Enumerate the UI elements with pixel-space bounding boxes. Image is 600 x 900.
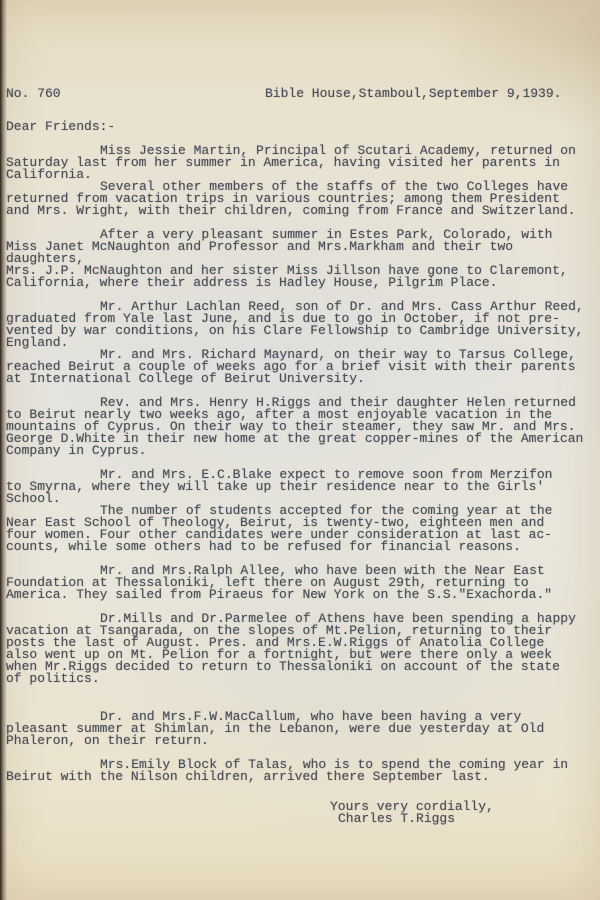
paragraph-4: Mr. Arthur Lachlan Reed, son of Dr. and … xyxy=(6,301,597,349)
letter-body: No. 760 Bible House,Stamboul,September 9… xyxy=(6,88,597,825)
scanned-letter-page: No. 760 Bible House,Stamboul,September 9… xyxy=(0,0,600,900)
paragraph-10: Dr.Mills and Dr.Parmelee of Athens have … xyxy=(6,613,597,685)
paragraph-2: Several other members of the staffs of t… xyxy=(6,181,597,217)
paragraph-1: Miss Jessie Martin, Principal of Scutari… xyxy=(6,145,597,181)
paragraph-11: Dr. and Mrs.F.W.MacCallum, who have been… xyxy=(6,711,597,747)
paragraph-9: Mr. and Mrs.Ralph Allee, who have been w… xyxy=(6,565,597,601)
paragraph-7: Mr. and Mrs. E.C.Blake expect to remove … xyxy=(6,469,597,505)
paragraph-12: Mrs.Emily Block of Talas, who is to spen… xyxy=(6,759,597,783)
paragraph-8: The number of students accepted for the … xyxy=(6,505,597,553)
header-line: No. 760 Bible House,Stamboul,September 9… xyxy=(6,88,597,100)
closing-block: Yours very cordially, Charles T.Riggs xyxy=(6,801,597,825)
dateline: Bible House,Stamboul,September 9,1939. xyxy=(265,88,561,100)
paragraph-6: Rev. and Mrs. Henry H.Riggs and their da… xyxy=(6,397,597,457)
signature: Charles T.Riggs xyxy=(338,813,597,825)
letter-number: No. 760 xyxy=(6,86,61,101)
paragraph-3: After a very pleasant summer in Estes Pa… xyxy=(6,229,597,289)
paragraph-5: Mr. and Mrs. Richard Maynard, on their w… xyxy=(6,349,597,385)
salutation: Dear Friends:- xyxy=(6,121,597,133)
scan-edge-left xyxy=(0,0,7,900)
